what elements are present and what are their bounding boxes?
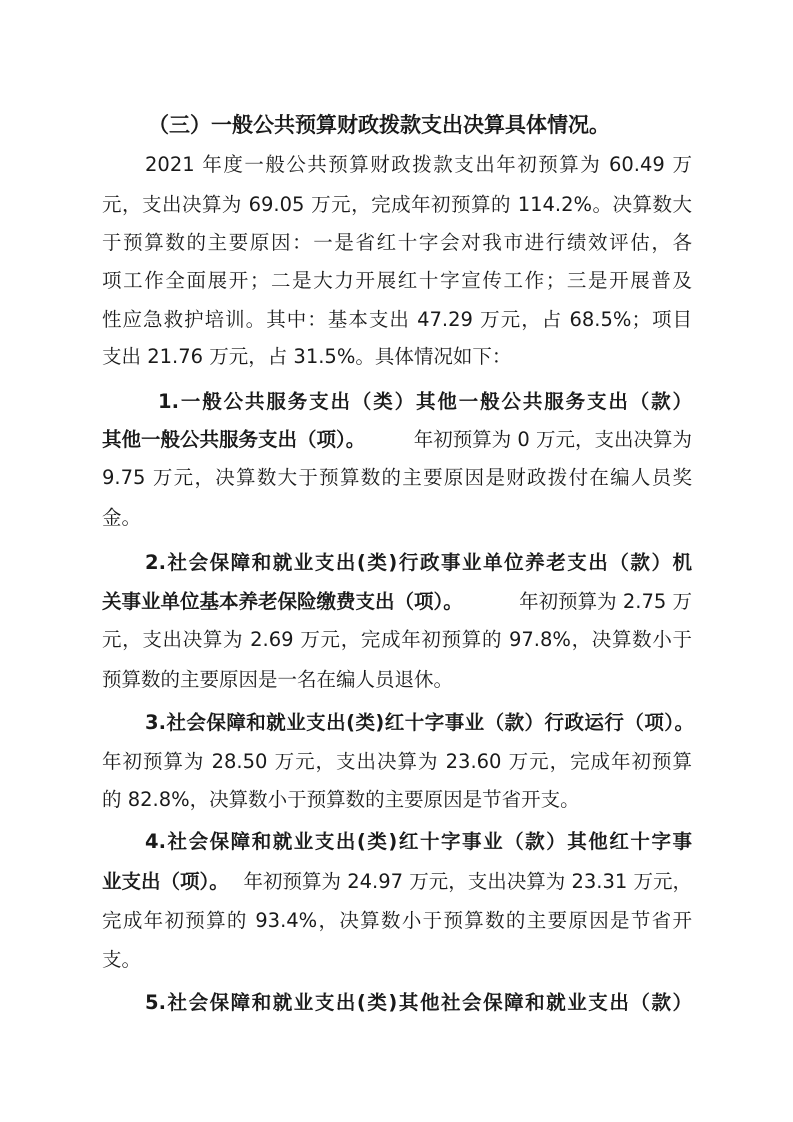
paragraph-line: 元，支出决算为 2.69 万元，完成年初预算的 97.8%，决算数小于: [102, 625, 692, 655]
section-heading: （三）一般公共预算财政拨款支出决算具体情况。: [148, 110, 610, 140]
paragraph-line: 于预算数的主要原因：一是省红十字会对我市进行绩效评估，各: [102, 228, 692, 258]
item-4-title-cont: 业支出（项）。: [102, 870, 229, 893]
document-page: （三）一般公共预算财政拨款支出决算具体情况。 2021 年度一般公共预算财政拨款…: [0, 0, 793, 1122]
paragraph-line: 元，支出决算为 69.05 万元，完成年初预算的 114.2%。决算数大: [102, 190, 692, 220]
item-5-title: 5.社会保障和就业支出(类)其他社会保障和就业支出（款）: [145, 988, 692, 1018]
paragraph-line: 性应急救护培训。其中：基本支出 47.29 万元，占 68.5%；项目: [102, 305, 692, 335]
paragraph-line: 项工作全面展开；二是大力开展红十字宣传工作；三是开展普及: [102, 266, 692, 296]
item-3-title: 3.社会保障和就业支出(类)红十字事业（款）行政运行（项）。: [145, 708, 694, 738]
paragraph-line: 支出 21.76 万元，占 31.5%。具体情况如下：: [102, 342, 692, 372]
paragraph-line: 支。: [102, 945, 692, 975]
paragraph-line: 完成年初预算的 93.4%，决算数小于预算数的主要原因是节省开: [102, 906, 692, 936]
paragraph-line: 9.75 万元，决算数大于预算数的主要原因是财政拨付在编人员奖: [102, 463, 692, 493]
item-1-title: 1.一般公共服务支出（类）其他一般公共服务支出（款）: [158, 387, 692, 417]
item-4-text: 年初预算为 24.97 万元，支出决算为 23.31 万元，: [244, 867, 692, 897]
item-1-line-2: 其他一般公共服务支出（项）。年初预算为 0 万元，支出决算为: [102, 425, 692, 455]
item-2-title: 2.社会保障和就业支出(类)行政事业单位养老支出（款）机: [145, 548, 692, 578]
paragraph-line: 预算数的主要原因是一名在编人员退休。: [102, 665, 692, 695]
item-2-text: 年初预算为 2.75 万: [519, 587, 692, 617]
item-2-line-2: 关事业单位基本养老保险缴费支出（项）。年初预算为 2.75 万: [102, 587, 692, 617]
item-4-title: 4.社会保障和就业支出(类)红十字事业（款）其他红十字事: [145, 827, 692, 857]
item-1-title-cont: 其他一般公共服务支出（项）。: [102, 428, 365, 451]
paragraph-line: 年初预算为 28.50 万元，支出决算为 23.60 万元，完成年初预算: [102, 747, 692, 777]
item-1-text: 年初预算为 0 万元，支出决算为: [414, 425, 692, 455]
item-2-title-cont: 关事业单位基本养老保险缴费支出（项）。: [102, 590, 463, 613]
paragraph-line: 2021 年度一般公共预算财政拨款支出年初预算为 60.49 万: [145, 150, 692, 180]
paragraph-line: 的 82.8%，决算数小于预算数的主要原因是节省开支。: [102, 785, 692, 815]
item-4-line-2: 业支出（项）。年初预算为 24.97 万元，支出决算为 23.31 万元，: [102, 867, 692, 897]
paragraph-line: 金。: [102, 503, 692, 533]
